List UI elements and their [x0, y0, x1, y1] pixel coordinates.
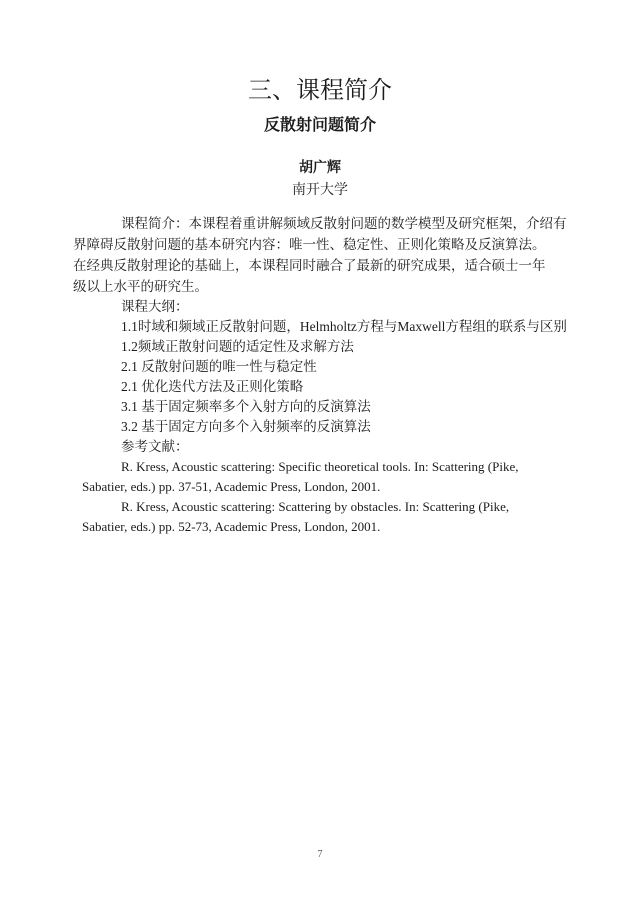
reference-line: Sabatier, eds.) pp. 52-73, Academic Pres…	[73, 517, 563, 537]
document-page: 三、课程简介 反散射问题简介 胡广辉 南开大学 课程简介：本课程着重讲解频域反散…	[0, 0, 640, 905]
outline-item: 3.1 基于固定频率多个入射方向的反演算法	[73, 397, 563, 417]
outline-item: 1.1时域和频域正反散射问题，Helmholtz方程与Maxwell方程组的联系…	[73, 317, 563, 337]
outline-item: 2.1 反散射问题的唯一性与稳定性	[73, 357, 563, 377]
intro-line: 课程简介：本课程着重讲解频域反散射问题的数学模型及研究框架，介绍有	[73, 213, 563, 234]
page-number: 7	[0, 849, 640, 860]
affiliation-name: 南开大学	[0, 182, 640, 199]
references-heading: 参考文献：	[73, 437, 563, 457]
outline-item: 1.2频域正散射问题的适定性及求解方法	[73, 337, 563, 357]
outline-item: 3.2 基于固定方向多个入射频率的反演算法	[73, 417, 563, 437]
references-section: 参考文献： R. Kress, Acoustic scattering: Spe…	[73, 437, 563, 537]
reference-line: R. Kress, Acoustic scattering: Specific …	[73, 457, 563, 477]
course-subtitle: 反散射问题简介	[0, 117, 640, 135]
document-body: 课程简介：本课程着重讲解频域反散射问题的数学模型及研究框架，介绍有 界障碍反散射…	[73, 213, 563, 537]
course-outline-section: 课程大纲： 1.1时域和频域正反散射问题，Helmholtz方程与Maxwell…	[73, 297, 563, 437]
outline-item: 2.1 优化迭代方法及正则化策略	[73, 377, 563, 397]
intro-line: 界障碍反散射问题的基本研究内容：唯一性、稳定性、正则化策略及反演算法。	[73, 234, 563, 255]
reference-line: Sabatier, eds.) pp. 37-51, Academic Pres…	[73, 477, 563, 497]
outline-heading: 课程大纲：	[73, 297, 563, 317]
author-name: 胡广辉	[0, 159, 640, 175]
intro-line: 在经典反散射理论的基础上，本课程同时融合了最新的研究成果，适合硕士一年	[73, 255, 563, 276]
intro-line: 级以上水平的研究生。	[73, 276, 563, 297]
page-title: 三、课程简介	[0, 76, 640, 106]
course-intro-paragraph: 课程简介：本课程着重讲解频域反散射问题的数学模型及研究框架，介绍有 界障碍反散射…	[73, 213, 563, 297]
reference-line: R. Kress, Acoustic scattering: Scatterin…	[73, 497, 563, 517]
